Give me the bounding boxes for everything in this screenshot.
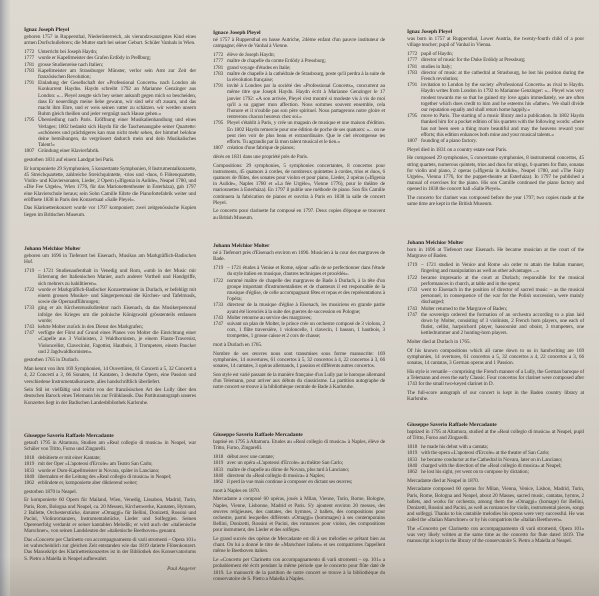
chronology-entry: 1791invitation to London by the society … (407, 82, 584, 113)
entry-year: 1733 (24, 305, 38, 324)
entry-text: verfügte der Fürst auf Grund eines Plane… (38, 330, 196, 355)
entry-year: 1807 (213, 145, 227, 151)
section-mercadante: Giuseppe Saverio Raffaele Mercadantebapt… (407, 422, 584, 547)
body-paragraph: The «Concerto per Clarinetto con accompa… (407, 526, 584, 545)
entry-year: 1862 (213, 479, 227, 485)
entry-year: 1722 (24, 287, 38, 306)
composer-heading: Johann Melchior Molter (24, 246, 196, 252)
composer-heading: Giuseppe Saverio Raffaele Mercadante (213, 432, 385, 438)
composer-heading: Johann Melchior Molter (213, 243, 385, 249)
body-paragraph: Nombre de ses œuvres nous sont transmise… (213, 351, 385, 370)
chronology-entry: 1722wurde er Markgräflich-Badischer Konz… (24, 287, 196, 306)
entry-year: 1862 (24, 480, 38, 486)
body-paragraph: gestorben 1831 auf einem Landgut bei Par… (24, 157, 196, 163)
page-spine-edge (0, 0, 10, 596)
entry-year: 1722 (407, 275, 421, 287)
chronology-list: 1772élève de Joseph Haydn;1777maître de … (213, 52, 385, 151)
entry-year: 1791 (407, 82, 421, 113)
section-mercadante: Giuseppe Saverio Raffaele Mercadantegeta… (24, 433, 196, 572)
body-paragraph: gestorben 1870 in Neapel. (24, 489, 196, 495)
chronology-entry: 1719– 1721 Studienaufenthalt in Venedig … (24, 268, 196, 287)
chronology-entry: 1795Übersiedlung nach Paris. Eröffnung e… (24, 117, 196, 148)
entry-text: Pleyel s'établit à Paris, y crée un maga… (227, 120, 385, 145)
entry-text: went to Eisenach in the position of dire… (421, 287, 584, 306)
entry-year: 1722 (213, 278, 227, 303)
entry-text: – 1721 études à Venise et Rome, séjour «… (227, 265, 385, 277)
column-english: Ignaz Joseph Pleyelwas born in 1757 at R… (407, 0, 584, 596)
entry-year: 1747 (213, 321, 227, 340)
entry-text: création d'une fabrique de pianos; (227, 145, 385, 151)
chronology-entry: 1807Gründung einer Klavierfabrik. (24, 148, 196, 154)
intro-paragraph: né à Tiefenort près d'Eisenach environ e… (213, 250, 385, 262)
chronology-entry: 1795Pleyel s'établit à Paris, y crée un … (213, 120, 385, 145)
chronology-entry: 1783director of music at the cathedral a… (407, 70, 584, 82)
entry-text: invitation to London by the society «Pro… (421, 82, 584, 113)
body-paragraph: Er komponierte 60 Opern für Mailand, Wie… (24, 497, 196, 534)
section-molter: Johann Melchior Molterné à Tiefenort prè… (213, 243, 385, 393)
section-pleyel: Ignaz Joseph Pleyelgeboren 1757 in Ruppe… (24, 27, 196, 220)
body-paragraph: Of his known compositions which all came… (407, 348, 584, 367)
chronology-entry: 1733ging er als Kirchenmusikdirektor nac… (24, 305, 196, 324)
entry-text: invité à Londres par la société des «Pro… (227, 83, 385, 120)
entry-text: maître de chapelle à la cathédrale de St… (227, 71, 385, 83)
intro-paragraph: né 1757 à Ruppersthal en basse Autriche,… (213, 37, 385, 49)
chronology-entry: 1795move to Paris. The starting of a mus… (407, 113, 584, 138)
body-paragraph: Er komponierte 29 Symphonien, 5 konzerta… (24, 166, 196, 203)
body-paragraph: Son style est varié passant de la manièr… (213, 372, 385, 391)
entry-text: il perd la vue mais continue à composer … (227, 479, 385, 485)
intro-paragraph: baptized in 1795 at Altamura, studied at… (407, 429, 584, 441)
chronology-entry: 1719– 1721 études à Venise et Rome, séjo… (213, 265, 385, 277)
body-paragraph: décès en 1831 dans une propriété près de… (213, 154, 385, 160)
body-paragraph: He composed 29 symphonies, 5 concertante… (407, 155, 584, 192)
liner-notes-page: Ignaz Joseph Pleyelgeboren 1757 in Ruppe… (0, 0, 599, 596)
intro-paragraph: was born in 1757 at Ruppersthal, Lower A… (407, 36, 584, 48)
composer-heading: Ignaz Joseph Pleyel (24, 27, 196, 33)
chronology-entry: 1733went to Eisenach in the position of … (407, 287, 584, 306)
body-paragraph: Mercadante died at Neapel in 1870. (407, 478, 584, 484)
entry-text: Kapellmeister am Strassburger Münster, v… (38, 68, 196, 80)
chronology-list: 1719– 1721 études à Venise et Rome, séjo… (213, 265, 385, 339)
entry-year: 1862 (407, 469, 421, 475)
chronology-entry: 1722nommé maître de chapelle des margrav… (213, 278, 385, 303)
entry-year: 1747 (24, 330, 38, 355)
entry-text: he lost his sight, yet went on to compos… (421, 469, 584, 475)
composer-heading: Giuseppe Saverio Raffaele Mercadante (407, 422, 584, 428)
entry-year: 1783 (24, 68, 38, 80)
entry-text: the sovereign ordered the formation of a… (421, 312, 584, 337)
entry-text: nommé maître de chapelle des margraves d… (227, 278, 385, 303)
intro-paragraph: getauft 1795 in Altamura, Studien am «Re… (24, 440, 196, 452)
body-paragraph: Compositions: 29 symphonies, 5 symphonie… (213, 163, 385, 206)
chronology-list: 1818he made his debut with a cantata;181… (407, 444, 584, 475)
entry-year: 1791 (24, 80, 38, 117)
intro-paragraph: baptisé en 1795 à Altamura. Etudes au «R… (213, 439, 385, 451)
composer-heading: Johann Melchior Molter (407, 240, 584, 246)
entry-text: became impresario at the court at Durlac… (421, 275, 584, 287)
chronology-entry: 1722became impresario at the court at Du… (407, 275, 584, 287)
chronology-entry: 1747verfügte der Fürst auf Grund eines P… (24, 330, 196, 355)
chronology-entry: 1783maître de chapelle à la cathédrale d… (213, 71, 385, 83)
entry-year: 1719 (407, 262, 421, 274)
body-paragraph: Man kennt von ihm 169 Symphonien, 14 Ouv… (24, 366, 196, 385)
body-paragraph: mort à Durlach en 1765. (213, 342, 385, 348)
body-paragraph: Mercadante a composé 60 opéras, joués à … (213, 496, 385, 533)
body-paragraph: mort à Naples en 1870. (213, 488, 385, 494)
body-paragraph: His style is versatile – comprising the … (407, 369, 584, 388)
entry-text: Gründung einer Klavierfabrik. (38, 148, 196, 154)
body-paragraph: Le grand succès des opéras de Mercadante… (213, 536, 385, 555)
chronology-entry: 1807création d'une fabrique de pianos; (213, 145, 385, 151)
section-pleyel: Ignace Joseph Pleyelné 1757 à Rupperstha… (213, 30, 385, 223)
section-molter: Johann Melchior Moltergeboren um 1696 in… (24, 246, 196, 408)
intro-paragraph: born in 1696 at Tiefenort near Eisenach.… (407, 247, 584, 259)
entry-text: move to Paris. The starting of a music l… (421, 113, 584, 138)
composer-heading: Ignaz Joseph Pleyel (407, 29, 584, 35)
intro-paragraph: geboren um 1696 in Tiefenort bei Eisenac… (24, 253, 196, 265)
entry-year: 1795 (24, 117, 38, 148)
chronology-entry: 1862il perd la vue mais continue à compo… (213, 479, 385, 485)
body-paragraph: The concerto for clarinet was composed b… (407, 195, 584, 207)
chronology-list: 1818début avec une cantate;1819avec un o… (213, 454, 385, 485)
chronology-list: 1719– 1721 Studienaufenthalt in Venedig … (24, 268, 196, 355)
chronology-entry: 1791invité à Londres par la société des … (213, 83, 385, 120)
body-paragraph: Das «Concerto per Clarinetto con accompa… (24, 537, 196, 562)
entry-text: erblindete er, komponierte aber diktiere… (38, 480, 196, 486)
chronology-entry: 1747the sovereign ordered the formation … (407, 312, 584, 337)
body-paragraph: Pleyel died in 1831 on a country estate … (407, 147, 584, 153)
chronology-entry: 1733directeur de la musique d'église à E… (213, 302, 385, 314)
section-mercadante: Giuseppe Saverio Raffaele Mercadantebapt… (213, 432, 385, 584)
body-paragraph: The full-score autograph of our concert … (407, 390, 584, 402)
entry-text: founding of a piano factory. (421, 138, 584, 144)
chronology-entry: 1719– 1721 studied in Venice and Rome «i… (407, 262, 584, 274)
chronology-list: 1772Unterricht bei Joseph Haydn;1777wurd… (24, 49, 196, 154)
entry-text: directeur de la musique d'église à Eisen… (227, 302, 385, 314)
entry-text: – 1721 studied in Venice and Rome «in or… (421, 262, 584, 274)
intro-paragraph: geboren 1757 in Ruppersthal, Niederöster… (24, 34, 196, 46)
entry-text: – 1721 Studienaufenthalt in Venedig und … (38, 268, 196, 287)
entry-year: 1733 (213, 302, 227, 314)
chronology-entry: 1862erblindete er, komponierte aber dikt… (24, 480, 196, 486)
entry-year: 1747 (407, 312, 421, 337)
body-paragraph: Sein Stil ist vielfältig und reicht von … (24, 387, 196, 406)
author-signature: Paul Angerer (24, 566, 196, 572)
body-paragraph: Mercadante composed 60 operas for Milan,… (407, 486, 584, 523)
chronology-list: 1719– 1721 studied in Venice and Rome «i… (407, 262, 584, 336)
section-molter: Johann Melchior Molterborn in 1696 at Ti… (407, 240, 584, 405)
body-paragraph: gestorben 1765 in Durlach. (24, 357, 196, 363)
entry-year: 1807 (24, 148, 38, 154)
entry-year: 1719 (24, 268, 38, 287)
body-paragraph: Molter died at Durlach in 1765. (407, 339, 584, 345)
chronology-entry: 1807founding of a piano factory. (407, 138, 584, 144)
entry-year: 1795 (407, 113, 421, 138)
entry-year: 1783 (213, 71, 227, 83)
entry-text: director of music at the cathedral at St… (421, 70, 584, 82)
entry-year: 1719 (213, 265, 227, 277)
entry-year: 1791 (213, 83, 227, 120)
chronology-list: 1818debütierte er mit einer Kantate;1819… (24, 455, 196, 486)
entry-text: wurde er Markgräflich-Badischer Konzertm… (38, 287, 196, 306)
chronology-entry: 1862he lost his sight, yet went on to co… (407, 469, 584, 475)
composer-heading: Giuseppe Saverio Raffaele Mercadante (24, 433, 196, 439)
entry-year: 1795 (213, 120, 227, 145)
body-paragraph: Le concerto pour clarinette fut composé … (213, 208, 385, 220)
body-paragraph: Das Klarinettenkonzert wurde vor 1797 ko… (24, 205, 196, 217)
entry-year: 1733 (407, 287, 421, 306)
entry-year: 1783 (407, 70, 421, 82)
body-paragraph: Le «Concerto per Clarinetto con accompag… (213, 557, 385, 582)
chronology-entry: 1747suivant un plan de Molter, le prince… (213, 321, 385, 340)
chronology-entry: 1783Kapellmeister am Strassburger Münste… (24, 68, 196, 80)
chronology-entry: 1791Einladung der Gesellschaft der «Prof… (24, 80, 196, 117)
composer-heading: Ignace Joseph Pleyel (213, 30, 385, 36)
entry-text: ging er als Kirchenmusikdirektor nach Ei… (38, 305, 196, 324)
column-german: Ignaz Joseph Pleyelgeboren 1757 in Ruppe… (24, 0, 196, 596)
column-french: Ignace Joseph Pleyelné 1757 à Rupperstha… (213, 0, 385, 596)
entry-year: 1807 (407, 138, 421, 144)
entry-text: Einladung der Gesellschaft der «Professi… (38, 80, 196, 117)
section-pleyel: Ignaz Joseph Pleyelwas born in 1757 at R… (407, 29, 584, 210)
entry-text: Übersiedlung nach Paris. Eröffnung einer… (38, 117, 196, 148)
chronology-list: 1772pupil of Haydn;1777director of music… (407, 51, 584, 144)
entry-text: suivant un plan de Molter, le prince cré… (227, 321, 385, 340)
